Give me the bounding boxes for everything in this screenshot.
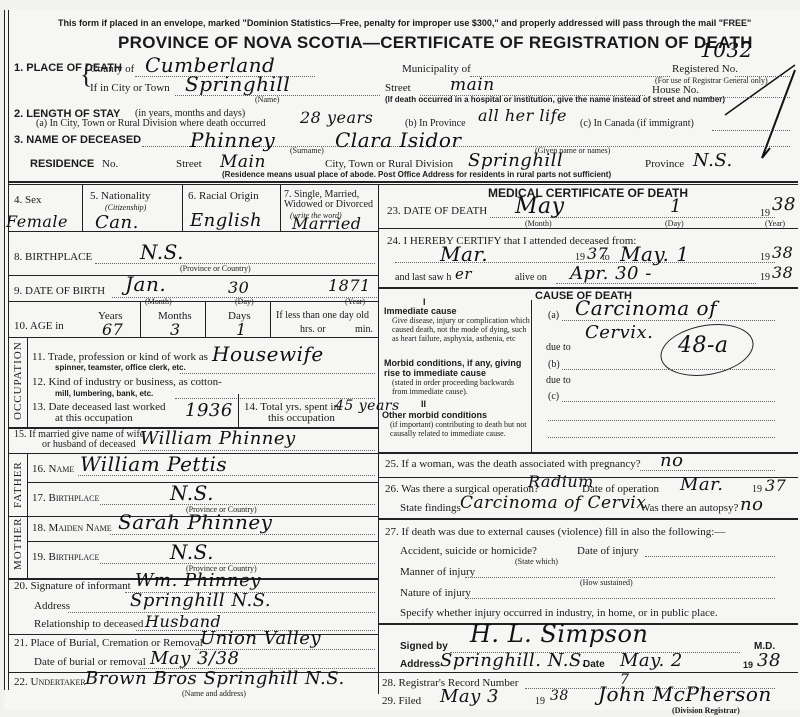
dod-month: May	[515, 194, 565, 219]
birthplace-note: (Province or Country)	[180, 264, 251, 273]
industry-label: 12. Kind of industry or business, as cot…	[32, 376, 222, 388]
street-value: main	[450, 75, 495, 95]
relationship-label: Relationship to deceased	[34, 618, 143, 630]
cause-a-label: (a)	[548, 310, 559, 321]
age-label: 10. AGE in	[14, 320, 64, 332]
immediate-cause-desc: Give disease, injury or complication whi…	[392, 316, 532, 343]
left-border	[4, 10, 9, 690]
state-which-note: (State which)	[515, 557, 558, 566]
father-name-value: William Pettis	[80, 452, 227, 476]
residence-street-label: Street	[176, 158, 202, 170]
city-name-note: (Name)	[255, 95, 279, 104]
op-date-value: Mar.	[680, 474, 724, 495]
last-saw-h-value: er	[455, 265, 472, 283]
surname-note: (Surname)	[290, 146, 324, 155]
stay-canada-label: (c) In Canada (if immigrant)	[580, 118, 694, 129]
residence-street-value: Main	[220, 152, 266, 172]
roman-two: II	[421, 399, 426, 409]
doctor-address-label: Address	[400, 659, 440, 670]
alive-year: 38	[772, 263, 793, 282]
dod-label: 23. DATE OF DEATH	[387, 205, 487, 217]
father-side-label: FATHER	[12, 461, 24, 508]
dob-day: 30	[228, 278, 249, 297]
min-label: min.	[355, 324, 373, 335]
dod-day: 1	[670, 196, 682, 217]
due-to-value: Cervix.	[585, 322, 653, 343]
dob-year: 1871	[328, 276, 371, 295]
accident-label: Accident, suicide or homicide?	[400, 545, 537, 557]
informant-address-label: Address	[34, 600, 70, 612]
father-birthplace-value: N.S.	[170, 481, 214, 505]
residence-note: (Residence means usual place of abode. P…	[222, 170, 611, 179]
division-registrar-note: (Division Registrar)	[672, 706, 740, 715]
spouse-sub: or husband of deceased	[42, 439, 136, 450]
registered-no-value: 1032	[700, 38, 753, 62]
other-morbid-label: Other morbid conditions	[382, 410, 487, 420]
undertaker-label: 22. Undertaker	[14, 676, 86, 688]
dob-month: Jan.	[125, 272, 166, 296]
to-year-prefix: 19	[760, 252, 770, 263]
dod-day-note: (Day)	[665, 219, 684, 228]
spouse-value: William Phinney	[140, 428, 296, 449]
informant-sig-value: Wm. Phinney	[135, 570, 261, 591]
father-birthplace-label: 17. Birthplace	[32, 492, 99, 504]
attended-to-year: 38	[772, 243, 793, 262]
mother-maiden-label: 18. Maiden Name	[32, 522, 112, 534]
residence-label: RESIDENCE	[30, 158, 94, 170]
residence-division-label: City, Town or Rural Division	[325, 158, 453, 170]
autopsy-label: Was there an autopsy?	[640, 502, 738, 514]
immediate-cause-label: Immediate cause	[384, 306, 457, 316]
signed-date-label: Date	[583, 659, 605, 670]
how-sustained-note: (How sustained)	[580, 578, 633, 587]
dod-month-note: (Month)	[525, 219, 552, 228]
dod-year: 38	[772, 194, 796, 215]
cause-a-value: Carcinoma of	[575, 296, 717, 320]
racial-origin-value: English	[190, 210, 262, 231]
trade-label: 11. Trade, profession or kind of work as	[32, 351, 208, 363]
mother-birthplace-label: 19. Birthplace	[32, 551, 99, 563]
stay-city-value: 28 years	[300, 108, 373, 127]
cause-b-label: (b)	[548, 359, 560, 370]
due-to-label-2: due to	[546, 375, 571, 386]
mail-notice: This form if placed in an envelope, mark…	[58, 18, 751, 28]
cause-code-value: 48-a	[678, 333, 729, 358]
due-to-label-1: due to	[546, 342, 571, 353]
signed-date-value: May. 2	[620, 650, 683, 671]
filed-value: May 3	[440, 686, 499, 707]
to-label: to	[602, 252, 610, 263]
attended-from-value: Mar.	[440, 242, 488, 266]
last-worked-sub: at this occupation	[55, 412, 133, 424]
signed-by-value: H. L. Simpson	[470, 620, 648, 648]
injury-date-label: Date of injury	[577, 545, 639, 557]
residence-province-value: N.S.	[693, 150, 733, 171]
city-label: If in City or Town	[90, 82, 170, 94]
birthplace-value: N.S.	[140, 240, 184, 264]
alive-on-label: alive on	[515, 272, 547, 283]
surname-value: Phinney	[190, 128, 275, 152]
trade-sub: spinner, teamster, office clerk, etc.	[55, 363, 186, 372]
marital-label: 7. Single, Married, Widowed or Divorced	[284, 190, 376, 210]
less-than-day-label: If less than one day old	[276, 310, 369, 321]
last-saw-label: and last saw h	[395, 272, 451, 283]
nationality-note: (Citizenship)	[105, 203, 146, 212]
industry-sub: mill, lumbering, bank, etc.	[55, 389, 153, 398]
mother-maiden-value: Sarah Phinney	[118, 510, 272, 534]
nature-label: Nature of injury	[400, 587, 471, 599]
city-value: Springhill	[185, 72, 290, 96]
op-year: 37	[765, 476, 786, 495]
burial-date-value: May 3/38	[150, 648, 239, 669]
father-name-label: 16. Name	[32, 463, 74, 475]
county-label: County of	[90, 63, 134, 75]
q25-value: no	[660, 450, 683, 471]
dob-label: 9. DATE OF BIRTH	[14, 285, 105, 297]
mother-side-label: MOTHER	[12, 518, 24, 570]
burial-place-value: Union Valley	[200, 628, 321, 649]
hrs-label: hrs. or	[300, 324, 326, 335]
stay-province-value: all her life	[478, 106, 567, 125]
registered-no-label: Registered No.	[672, 63, 738, 75]
birthplace-label: 8. BIRTHPLACE	[14, 251, 92, 263]
sex-value: Female	[6, 212, 68, 231]
registrar-signature: John McPherson	[598, 682, 772, 706]
occupation-side-label: OCCUPATION	[12, 341, 24, 420]
undertaker-value: Brown Bros Springhill N.S.	[85, 668, 345, 689]
other-morbid-desc: (if important) contributing to death but…	[390, 420, 530, 438]
municipality-label: Municipality of	[402, 63, 471, 75]
total-years-sub: this occupation	[268, 412, 335, 424]
doctor-address-value: Springhill. N.S.	[440, 650, 587, 671]
hospital-note: (If death occurred in a hospital or inst…	[385, 95, 725, 104]
morbid-label: Morbid conditions, if any, giving rise t…	[384, 358, 532, 378]
filed-year: 38	[550, 688, 569, 704]
signed-year-prefix: 19	[743, 660, 753, 670]
findings-label: State findings	[400, 502, 461, 514]
nationality-label: 5. Nationality	[90, 190, 151, 202]
findings-value: Carcinoma of Cervix	[460, 493, 646, 513]
undertaker-note: (Name and address)	[182, 689, 246, 698]
alive-on-value: Apr. 30 -	[570, 263, 652, 284]
informant-sig-label: 20. Signature of informant	[14, 580, 131, 592]
burial-date-label: Date of burial or removal	[34, 656, 146, 668]
last-worked-value: 1936	[185, 400, 233, 421]
residence-no-label: No.	[102, 158, 118, 170]
autopsy-value: no	[740, 494, 763, 515]
mother-birthplace-value: N.S.	[170, 540, 214, 564]
sex-label: 4. Sex	[14, 194, 42, 206]
street-label: Street	[385, 82, 411, 94]
trade-value: Housewife	[212, 342, 324, 366]
residence-province-label: Province	[645, 158, 684, 170]
q25-label: 25. If a woman, was the death associated…	[385, 458, 641, 470]
filed-label: 29. Filed	[382, 695, 421, 707]
alive-year-prefix: 19	[760, 272, 770, 283]
page-title: PROVINCE OF NOVA SCOTIA—CERTIFICATE OF R…	[118, 33, 753, 53]
morbid-desc: (stated in order proceeding backwards fr…	[392, 378, 530, 396]
given-name-value: Clara Isidor	[335, 128, 461, 152]
filed-year-prefix: 19	[535, 696, 545, 707]
name-of-deceased-label: 3. NAME OF DECEASED	[14, 134, 141, 146]
manner-label: Manner of injury	[400, 566, 475, 578]
signed-year: 38	[757, 650, 781, 671]
dod-year-prefix: 19	[760, 208, 770, 219]
from-year-prefix: 19	[575, 252, 585, 263]
cause-c-label: (c)	[548, 391, 559, 402]
residence-division-value: Springhill	[468, 150, 563, 171]
place-of-death-label: 1. PLACE OF DEATH	[14, 63, 74, 74]
q27-label: 27. If death was due to external causes …	[385, 526, 725, 538]
specify-label: Specify whether injury occurred in indus…	[400, 607, 718, 619]
dod-year-note: (Year)	[765, 219, 785, 228]
nationality-value: Can.	[95, 212, 139, 233]
informant-address-value: Springhill N.S.	[130, 590, 271, 611]
racial-origin-label: 6. Racial Origin	[188, 190, 259, 202]
